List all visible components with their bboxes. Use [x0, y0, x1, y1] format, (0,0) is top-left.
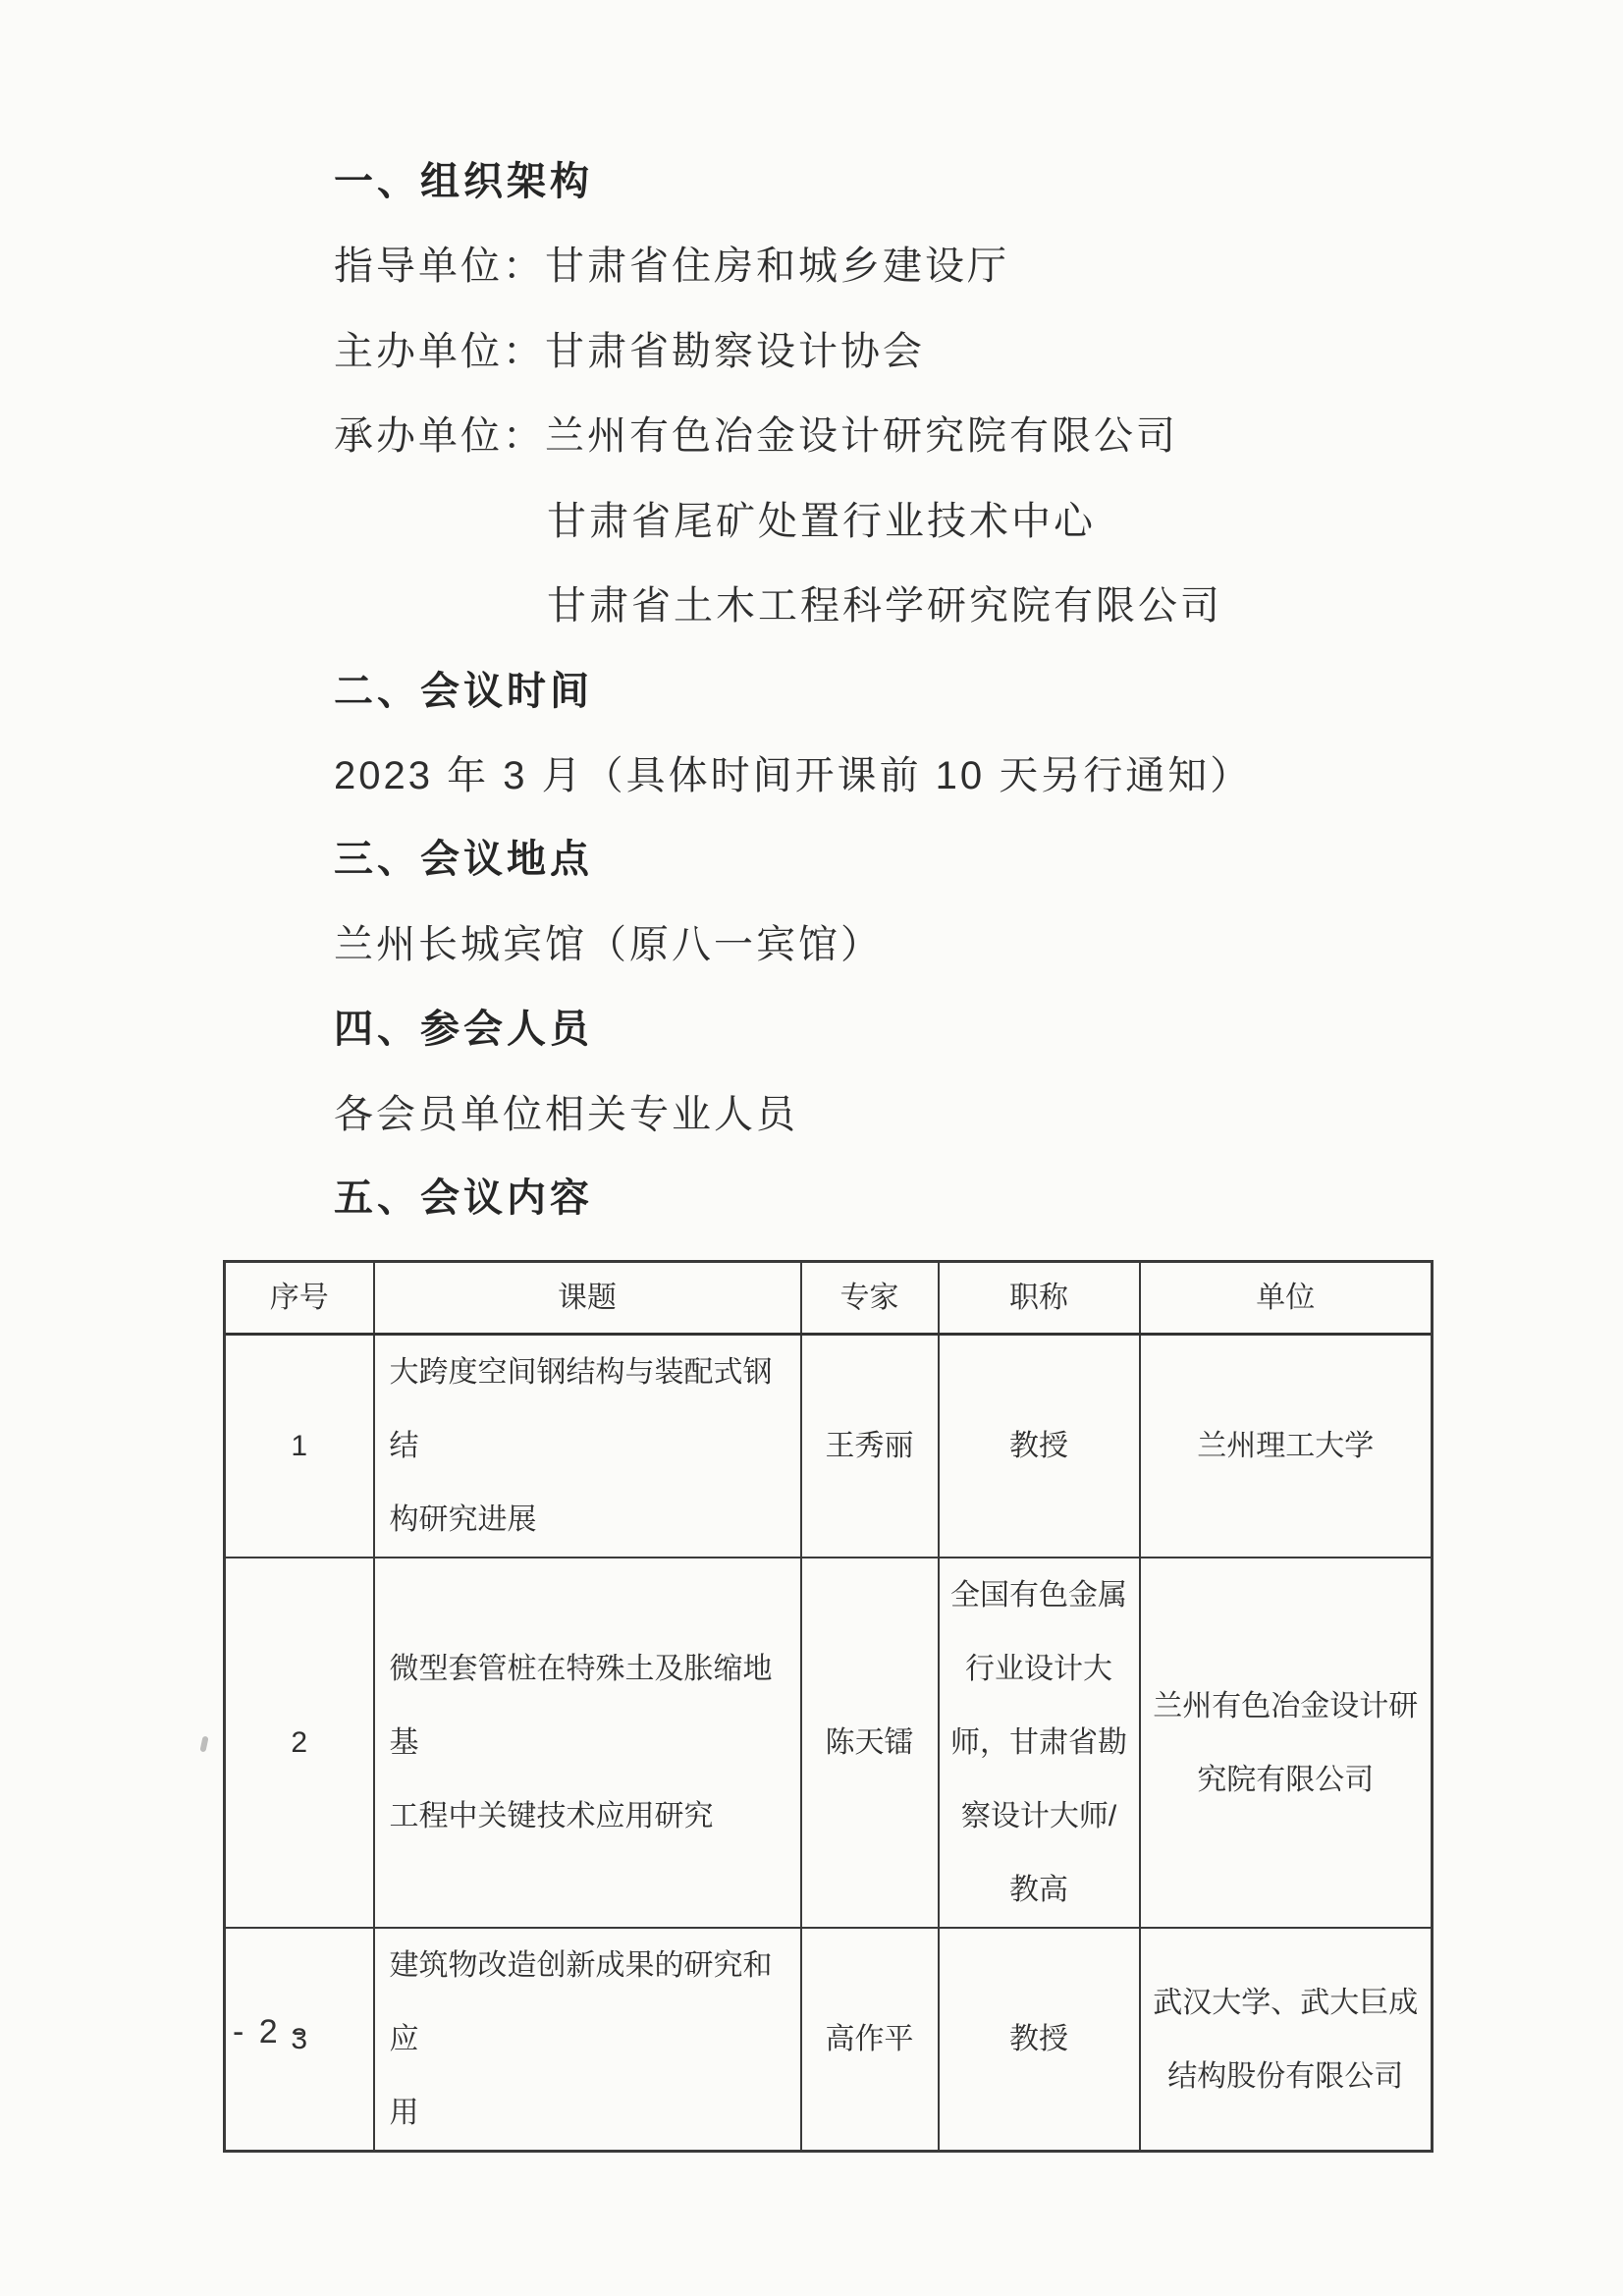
column-header-title: 职称 — [939, 1262, 1140, 1335]
cell-r3-title: 教授 — [939, 1928, 1140, 2152]
table-row-2: 2 微型套管桩在特殊土及胀缩地基 工程中关键技术应用研究 陈天镭 全国有色金属 … — [225, 1558, 1433, 1928]
cell-r1-expert: 王秀丽 — [801, 1335, 939, 1558]
cell-r3-unit: 武汉大学、武大巨成 结构股份有限公司 — [1140, 1928, 1433, 2152]
cell-r2-topic: 微型套管桩在特殊土及胀缩地基 工程中关键技术应用研究 — [374, 1558, 801, 1928]
body-line-meeting-time: 2023 年 3 月（具体时间开课前 10 天另行通知） — [334, 753, 1252, 798]
section-heading-3: 三、会议地点 — [334, 837, 593, 882]
section-heading-1: 一、组织架构 — [334, 159, 593, 204]
document-page: 一、组织架构 指导单位：甘肃省住房和城乡建设厅 主办单位：甘肃省勘察设计协会 承… — [0, 0, 1623, 2296]
table-header-row: 序号 课题 专家 职称 单位 — [225, 1262, 1433, 1335]
cell-r1-no: 1 — [225, 1335, 374, 1558]
table-row-3: 3 建筑物改造创新成果的研究和应 用 高作平 教授 武汉大学、武大巨成 结构股份… — [225, 1928, 1433, 2152]
column-header-topic: 课题 — [374, 1262, 801, 1335]
body-line-meeting-place: 兰州长城宾馆（原八一宾馆） — [334, 922, 883, 967]
cell-r1-topic: 大跨度空间钢结构与装配式钢结 构研究进展 — [374, 1335, 801, 1558]
scan-speck — [199, 1736, 208, 1753]
body-line-attendees: 各会员单位相关专业人员 — [334, 1092, 798, 1137]
page-number: - 2 - — [233, 2013, 306, 2051]
cell-r2-no: 2 — [225, 1558, 374, 1928]
cell-r2-title: 全国有色金属 行业设计大 师，甘肃省勘 察设计大师/ 教高 — [939, 1558, 1140, 1928]
section-heading-5: 五、会议内容 — [334, 1175, 593, 1221]
cell-r3-expert: 高作平 — [801, 1928, 939, 2152]
body-line-host-unit: 主办单位：甘肃省勘察设计协会 — [334, 329, 925, 374]
body-line-organizer-unit-2: 甘肃省尾矿处置行业技术中心 — [547, 499, 1096, 544]
cell-r1-title: 教授 — [939, 1335, 1140, 1558]
table-row-1: 1 大跨度空间钢结构与装配式钢结 构研究进展 王秀丽 教授 兰州理工大学 — [225, 1335, 1433, 1558]
cell-r3-topic: 建筑物改造创新成果的研究和应 用 — [374, 1928, 801, 2152]
cell-r2-unit: 兰州有色冶金设计研 究院有限公司 — [1140, 1558, 1433, 1928]
body-line-guiding-unit: 指导单位：甘肃省住房和城乡建设厅 — [334, 244, 1009, 289]
body-line-organizer-unit: 承办单位：兰州有色冶金设计研究院有限公司 — [334, 413, 1178, 459]
column-header-unit: 单位 — [1140, 1262, 1433, 1335]
column-header-no: 序号 — [225, 1262, 374, 1335]
cell-r1-unit: 兰州理工大学 — [1140, 1335, 1433, 1558]
cell-r2-expert: 陈天镭 — [801, 1558, 939, 1928]
section-heading-4: 四、参会人员 — [334, 1007, 593, 1052]
body-line-organizer-unit-3: 甘肃省土木工程科学研究院有限公司 — [547, 583, 1222, 629]
column-header-expert: 专家 — [801, 1262, 939, 1335]
conference-schedule-table: 序号 课题 专家 职称 单位 1 大跨度空间钢结构与装配式钢结 构研究进展 王秀… — [223, 1260, 1434, 2153]
section-heading-2: 二、会议时间 — [334, 669, 593, 714]
